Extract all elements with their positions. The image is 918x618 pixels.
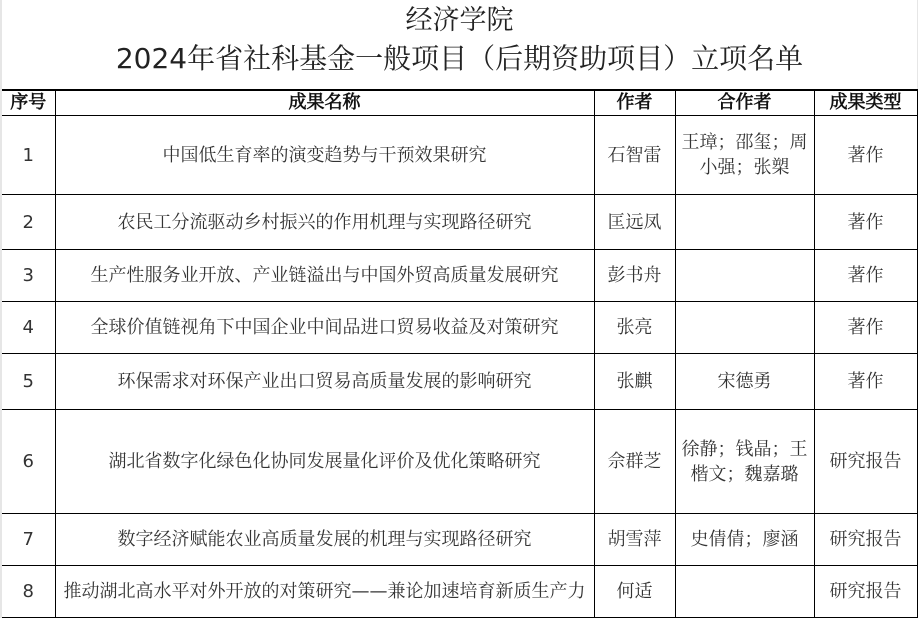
cell-name: 湖北省数字化绿色化协同发展量化评价及优化策略研究 bbox=[55, 410, 594, 514]
table-row: 7 数字经济赋能农业高质量发展的机理与实现路径研究 胡雪萍 史倩倩；廖涵 研究报… bbox=[2, 514, 917, 566]
header-no: 序号 bbox=[2, 90, 55, 116]
cell-collaborators: 徐静；钱晶；王楷文；魏嘉璐 bbox=[675, 410, 814, 514]
table-row: 1 中国低生育率的演变趋势与干预效果研究 石智雷 王璋；邵玺；周小强；张槊 著作 bbox=[2, 116, 917, 195]
cell-type: 研究报告 bbox=[814, 514, 917, 566]
cell-type: 研究报告 bbox=[814, 410, 917, 514]
header-name: 成果名称 bbox=[55, 90, 594, 116]
table-row: 2 农民工分流驱动乡村振兴的作用机理与实现路径研究 匡远凤 著作 bbox=[2, 195, 917, 250]
cell-collaborators: 史倩倩；廖涵 bbox=[675, 514, 814, 566]
cell-author: 张麒 bbox=[594, 354, 675, 410]
table-row: 8 推动湖北高水平对外开放的对策研究——兼论加速培育新质生产力 何适 研究报告 bbox=[2, 566, 917, 618]
title-line-2: 2024年省社科基金一般项目（后期资助项目）立项名单 bbox=[2, 40, 917, 78]
cell-name: 农民工分流驱动乡村振兴的作用机理与实现路径研究 bbox=[55, 195, 594, 250]
cell-name: 数字经济赋能农业高质量发展的机理与实现路径研究 bbox=[55, 514, 594, 566]
table-header-row: 序号 成果名称 作者 合作者 成果类型 bbox=[2, 90, 917, 116]
cell-type: 著作 bbox=[814, 302, 917, 354]
cell-name: 生产性服务业开放、产业链溢出与中国外贸高质量发展研究 bbox=[55, 250, 594, 302]
cell-collaborators bbox=[675, 195, 814, 250]
cell-author: 石智雷 bbox=[594, 116, 675, 195]
document-title: 经济学院 2024年省社科基金一般项目（后期资助项目）立项名单 bbox=[2, 0, 917, 91]
table-row: 5 环保需求对环保产业出口贸易高质量发展的影响研究 张麒 宋德勇 著作 bbox=[2, 354, 917, 410]
cell-no: 2 bbox=[2, 195, 55, 250]
table-row: 3 生产性服务业开放、产业链溢出与中国外贸高质量发展研究 彭书舟 著作 bbox=[2, 250, 917, 302]
cell-type: 著作 bbox=[814, 354, 917, 410]
table-row: 6 湖北省数字化绿色化协同发展量化评价及优化策略研究 佘群芝 徐静；钱晶；王楷文… bbox=[2, 410, 917, 514]
cell-collaborators bbox=[675, 302, 814, 354]
cell-no: 8 bbox=[2, 566, 55, 618]
cell-collaborators bbox=[675, 566, 814, 618]
cell-author: 胡雪萍 bbox=[594, 514, 675, 566]
cell-author: 何适 bbox=[594, 566, 675, 618]
cell-collaborators bbox=[675, 250, 814, 302]
cell-collaborators: 宋德勇 bbox=[675, 354, 814, 410]
cell-author: 佘群芝 bbox=[594, 410, 675, 514]
project-list-table: 序号 成果名称 作者 合作者 成果类型 1 中国低生育率的演变趋势与干预效果研究… bbox=[2, 89, 918, 618]
header-type: 成果类型 bbox=[814, 90, 917, 116]
cell-type: 著作 bbox=[814, 195, 917, 250]
cell-author: 匡远凤 bbox=[594, 195, 675, 250]
header-author: 作者 bbox=[594, 90, 675, 116]
cell-no: 5 bbox=[2, 354, 55, 410]
cell-no: 1 bbox=[2, 116, 55, 195]
cell-no: 3 bbox=[2, 250, 55, 302]
cell-no: 4 bbox=[2, 302, 55, 354]
cell-no: 7 bbox=[2, 514, 55, 566]
cell-author: 张亮 bbox=[594, 302, 675, 354]
header-collaborators: 合作者 bbox=[675, 90, 814, 116]
cell-type: 著作 bbox=[814, 250, 917, 302]
table-row: 4 全球价值链视角下中国企业中间品进口贸易收益及对策研究 张亮 著作 bbox=[2, 302, 917, 354]
cell-type: 研究报告 bbox=[814, 566, 917, 618]
cell-no: 6 bbox=[2, 410, 55, 514]
spreadsheet-page: 经济学院 2024年省社科基金一般项目（后期资助项目）立项名单 序号 成果名称 … bbox=[2, 0, 917, 618]
cell-name: 推动湖北高水平对外开放的对策研究——兼论加速培育新质生产力 bbox=[55, 566, 594, 618]
cell-name: 全球价值链视角下中国企业中间品进口贸易收益及对策研究 bbox=[55, 302, 594, 354]
title-line-1: 经济学院 bbox=[2, 4, 917, 38]
cell-type: 著作 bbox=[814, 116, 917, 195]
cell-author: 彭书舟 bbox=[594, 250, 675, 302]
cell-name: 环保需求对环保产业出口贸易高质量发展的影响研究 bbox=[55, 354, 594, 410]
cell-name: 中国低生育率的演变趋势与干预效果研究 bbox=[55, 116, 594, 195]
cell-collaborators: 王璋；邵玺；周小强；张槊 bbox=[675, 116, 814, 195]
